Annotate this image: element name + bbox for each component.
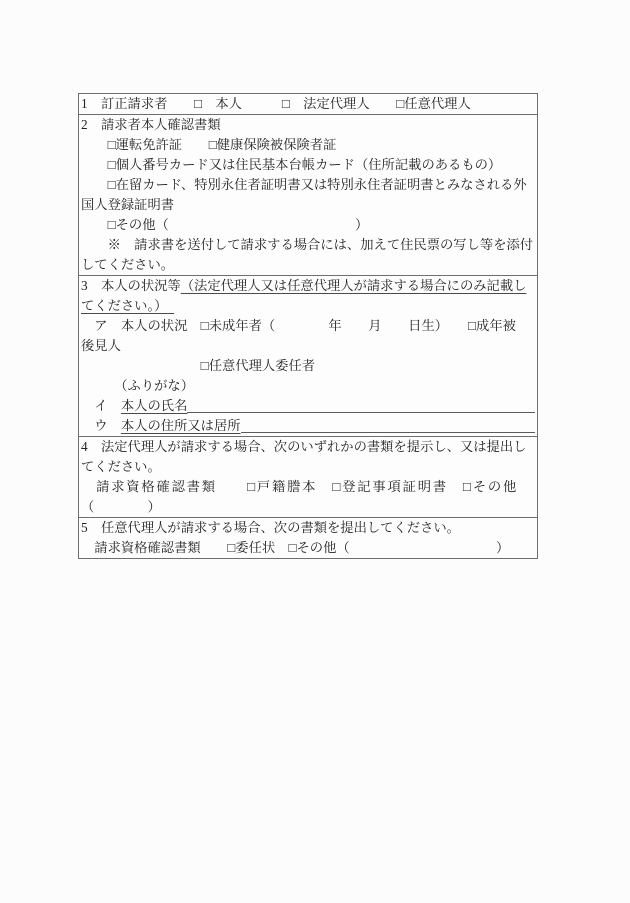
line-section3-heading: 3 本人の状況等（法定代理人又は任意代理人が請求する場合にのみ記載し <box>81 276 535 296</box>
line-section5-heading: 5 任意代理人が請求する場合、次の書類を提出してください。 <box>81 518 535 538</box>
request-form-table: 1 訂正請求者 □ 本人 □ 法定代理人 □任意代理人 2 請求者本人確認書類 … <box>78 93 538 559</box>
principal-name-label: 本人の氏名 <box>121 396 187 416</box>
row-voluntary-agent-documents: 5 任意代理人が請求する場合、次の書類を提出してください。 請求資格確認書類 □… <box>79 517 537 558</box>
line-checkbox-my-number-card: □個人番号カード又は住民基本台帳カード（住所記載のあるもの） <box>81 155 535 175</box>
section3-heading-plain: 3 本人の状況等 <box>81 278 181 293</box>
row-principal-status: 3 本人の状況等（法定代理人又は任意代理人が請求する場合にのみ記載し てください… <box>79 275 537 436</box>
line-section4-heading: 4 法定代理人が請求する場合、次のいずれかの書類を提示し、又は提出し <box>81 437 535 457</box>
line-mail-request-note: ※ 請求書を送付して請求する場合には、加えて住民票の写し等を添付 <box>81 235 535 255</box>
line-power-of-attorney-checkboxes: 請求資格確認書類 □委任状 □その他（ ） <box>81 538 535 558</box>
line-checkbox-residence-card: □在留カード、特別永住者証明書又は特別永住者証明書とみなされる外 <box>81 175 535 195</box>
line-section3-heading-wrap: てください。） <box>81 296 535 316</box>
line-checkbox-drivers-license-health-insurance: □運転免許証 □健康保険被保険者証 <box>81 135 535 155</box>
principal-address-label: 本人の住所又は居所 <box>121 416 241 436</box>
line-checkbox-voluntary-agent-delegator: □任意代理人委任者 <box>81 356 535 376</box>
line-principal-name-field: イ 本人の氏名 <box>81 396 535 416</box>
line-residence-card-wrap: 国人登録証明書 <box>81 195 535 215</box>
principal-name-item-label: イ <box>81 396 121 416</box>
row-legal-agent-documents: 4 法定代理人が請求する場合、次のいずれかの書類を提示し、又は提出し てください… <box>79 436 537 517</box>
row-identity-documents: 2 請求者本人確認書類 □運転免許証 □健康保険被保険者証 □個人番号カード又は… <box>79 114 537 275</box>
line-checkbox-other-document: □その他（ ） <box>81 215 535 235</box>
line-mail-request-note-wrap: してください。 <box>81 255 535 275</box>
line-section4-heading-wrap: てください。 <box>81 457 535 477</box>
line-qualification-docs-checkboxes: 請求資格確認書類 □戸籍謄本 □登記事項証明書 □その他 <box>81 477 535 497</box>
principal-address-item-label: ウ <box>81 416 121 436</box>
line-furigana-label: （ふりがな） <box>81 376 535 396</box>
principal-name-blank-rule <box>187 396 535 413</box>
row-correction-requester: 1 訂正請求者 □ 本人 □ 法定代理人 □任意代理人 <box>79 94 537 114</box>
line-other-document-blank: （ ） <box>81 497 535 517</box>
line-principal-address-field: ウ 本人の住所又は居所 <box>81 416 535 436</box>
document-page: 1 訂正請求者 □ 本人 □ 法定代理人 □任意代理人 2 請求者本人確認書類 … <box>0 0 630 903</box>
line-principal-status-checkboxes: ア 本人の状況 □未成年者（ 年 月 日生） □成年被 <box>81 316 535 336</box>
line-principal-status-wrap: 後見人 <box>81 336 535 356</box>
line-requester-checkbox-options: 1 訂正請求者 □ 本人 □ 法定代理人 □任意代理人 <box>81 94 535 114</box>
principal-address-blank-rule <box>241 416 535 433</box>
section3-heading-underlined-wrap: てください。） <box>81 298 174 313</box>
section3-heading-underlined: （法定代理人又は任意代理人が請求する場合にのみ記載し <box>181 278 527 293</box>
line-section2-heading: 2 請求者本人確認書類 <box>81 115 535 135</box>
